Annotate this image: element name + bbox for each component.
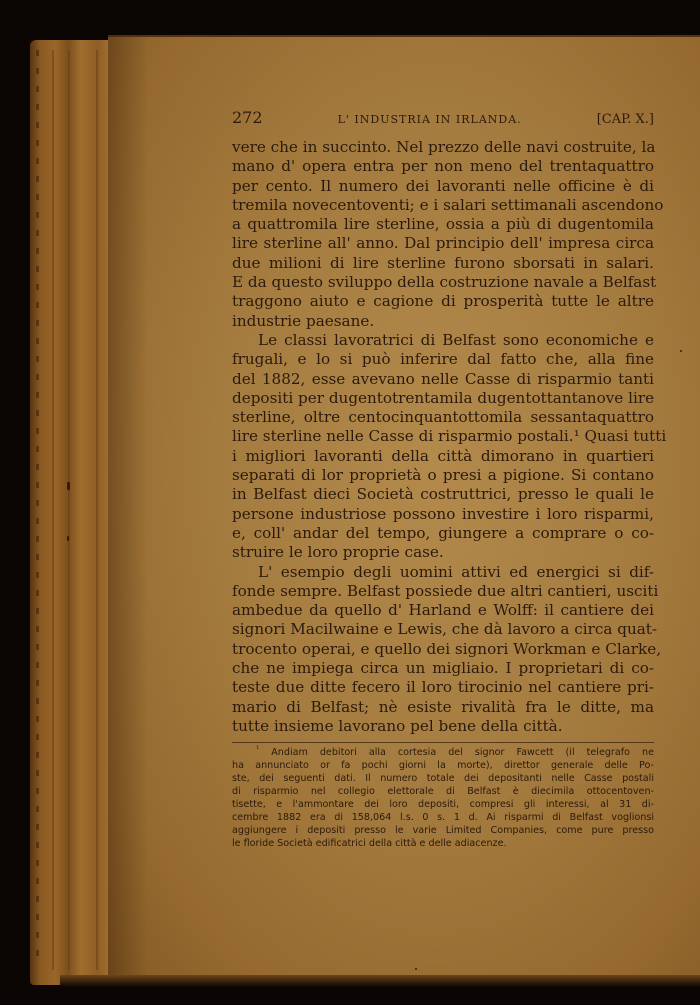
text-line: signori Macilwaine e Lewis, che dà lavor… (232, 620, 654, 639)
text-line: lire sterline nelle Casse di risparmio p… (232, 427, 654, 446)
text-line: del 1882, esse avevano nelle Casse di ri… (232, 370, 654, 389)
text-line: mano d' opera entra per non meno del tre… (232, 157, 654, 176)
footnote-line: ¹ Andiam debitori alla cortesia del sign… (232, 746, 654, 759)
text-line: per cento. Il numero dei lavoranti nelle… (232, 177, 654, 196)
footnote-line: tisette, e l'ammontare dei loro depositi… (232, 798, 654, 811)
running-title: L' INDUSTRIA IN IRLANDA. (338, 113, 522, 126)
footnote-line: ha annunciato or fa pochi giorni la mort… (232, 759, 654, 772)
text-line: frugali, e lo si può inferire dal fatto … (232, 350, 654, 369)
scanned-book-page: 272 L' INDUSTRIA IN IRLANDA. [CAP. X.] v… (0, 0, 700, 1005)
text-line: fonde sempre. Belfast possiede due altri… (232, 582, 654, 601)
body-text: vere che in succinto. Nel prezzo delle n… (232, 138, 654, 736)
footnote-line: di risparmio nel collegio elettorale di … (232, 785, 654, 798)
text-line: che ne impiega circa un migliaio. I prop… (232, 659, 654, 678)
running-head: 272 L' INDUSTRIA IN IRLANDA. [CAP. X.] (232, 108, 654, 134)
text-line: a quattromila lire sterline, ossia a più… (232, 215, 654, 234)
page-edges-stack (30, 40, 115, 985)
page-bottom-edge (60, 975, 700, 987)
footnote-marker: ¹ (256, 744, 259, 753)
page-edge-line (68, 50, 70, 970)
paragraph-3: L' esempio degli uomini attivi ed energi… (232, 563, 654, 737)
footnote-line: cembre 1882 era di 158,064 l.s. 0 s. 1 d… (232, 811, 654, 824)
paper-speck (67, 482, 70, 490)
text-line: struire le loro proprie case. (232, 543, 654, 562)
text-line: vere che in succinto. Nel prezzo delle n… (232, 138, 654, 157)
page-gutter-shadow (108, 35, 148, 980)
text-line: mario di Belfast; nè esiste rivalità fra… (232, 698, 654, 717)
page-number: 272 (232, 108, 263, 127)
text-line: tremila novecentoventi; e i salari setti… (232, 196, 654, 215)
text-line: industrie paesane. (232, 312, 654, 331)
text-line: lire sterline all' anno. Dal principio d… (232, 234, 654, 253)
paper-speck (680, 350, 682, 352)
text-line: depositi per dugentotrentamila dugentott… (232, 389, 654, 408)
footnote-line-text: Andiam debitori alla cortesia del signor… (271, 747, 654, 758)
text-line: Le classi lavoratrici di Belfast sono ec… (232, 331, 654, 350)
paragraph-1: vere che in succinto. Nel prezzo delle n… (232, 138, 654, 331)
text-line: L' esempio degli uomini attivi ed energi… (232, 563, 654, 582)
text-line: in Belfast dieci Società costruttrici, p… (232, 485, 654, 504)
text-line: e, coll' andar del tempo, giungere a com… (232, 524, 654, 543)
text-line: persone industriose possono investire i … (232, 505, 654, 524)
chapter-label: [CAP. X.] (597, 112, 654, 127)
footnote-rule (232, 742, 654, 743)
text-line: due milioni di lire sterline furono sbor… (232, 254, 654, 273)
text-line: i migliori lavoranti della città dimoran… (232, 447, 654, 466)
text-line: ambedue da quello d' Harland e Wolff: il… (232, 601, 654, 620)
paper-speck (415, 968, 417, 970)
text-line: separati di lor proprietà o presi a pigi… (232, 466, 654, 485)
text-line: sterline, oltre centocinquantottomila se… (232, 408, 654, 427)
text-line: trocento operai, e quello dei signori Wo… (232, 640, 654, 659)
footnote-line: aggiungere i depositi presso le varie Li… (232, 824, 654, 837)
text-line: traggono aiuto e cagione di prosperità t… (232, 292, 654, 311)
footnote-line: le floride Società edificatrici della ci… (232, 837, 654, 850)
paper-speck (67, 536, 69, 541)
text-line: teste due ditte fecero il loro tirocinio… (232, 678, 654, 697)
text-line: tutte insieme lavorano pel bene della ci… (232, 717, 654, 736)
page-edge-line (96, 50, 98, 970)
text-line: E da questo sviluppo della costruzione n… (232, 273, 654, 292)
paragraph-2: Le classi lavoratrici di Belfast sono ec… (232, 331, 654, 563)
footnote-line: ste, dei seguenti dati. Il numero totale… (232, 772, 654, 785)
page-text-block: 272 L' INDUSTRIA IN IRLANDA. [CAP. X.] v… (232, 108, 654, 850)
page-edge-line (52, 50, 54, 970)
footnote: ¹ Andiam debitori alla cortesia del sign… (232, 746, 654, 850)
